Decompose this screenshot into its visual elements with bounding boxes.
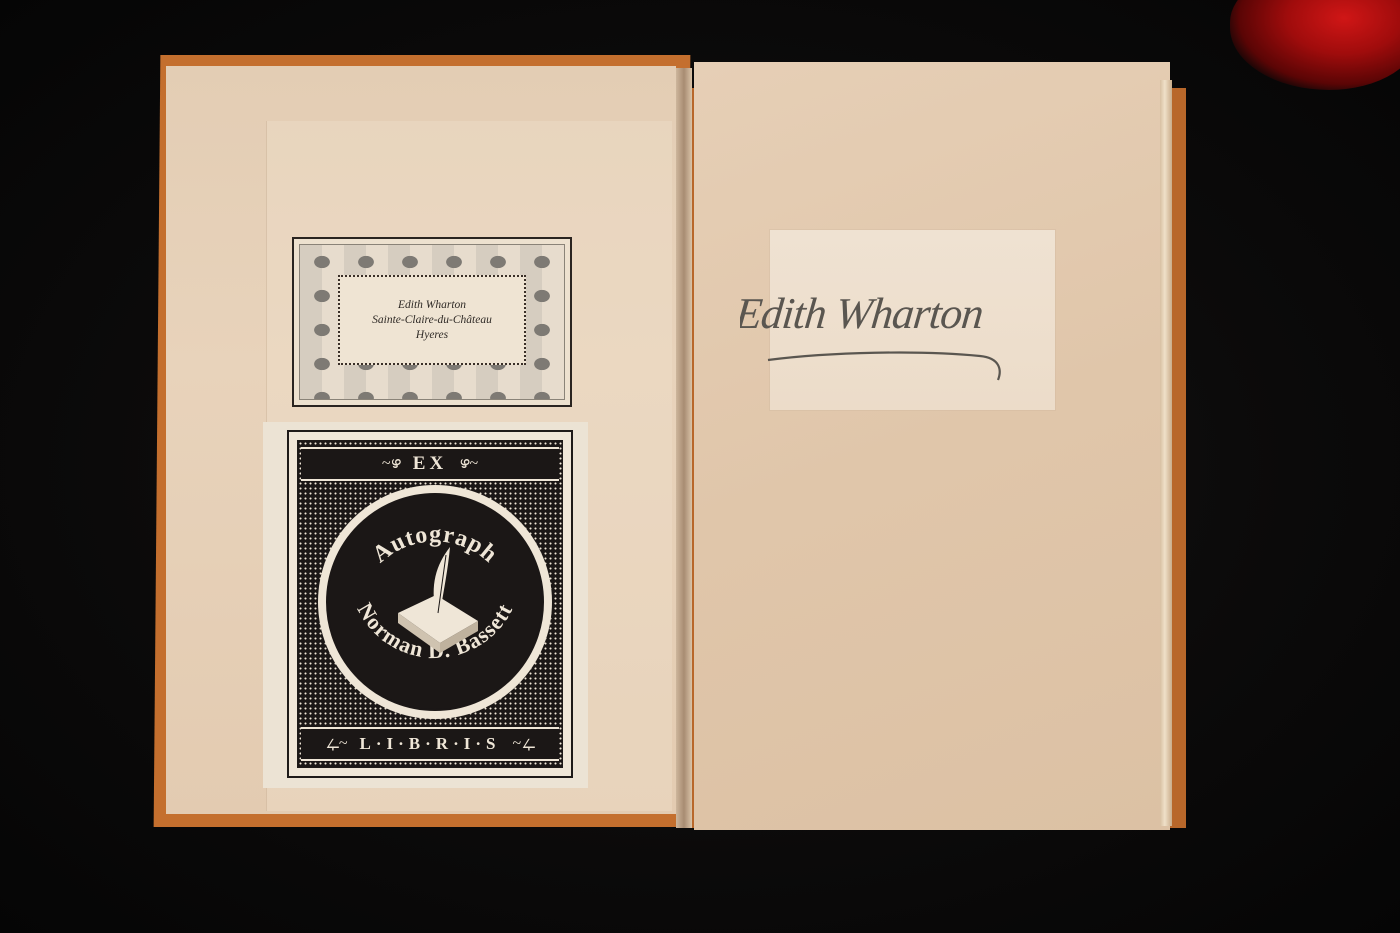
- edith-wharton-signature: Edith Wharton: [740, 270, 1040, 390]
- wharton-bookplate: Edith Wharton Sainte-Claire-du-Château H…: [292, 237, 572, 407]
- ex-libris-outer-frame: ~ഴ EX ഴ~ Autograph Norman D. Bassett: [287, 430, 573, 778]
- bookplate-owner-name: Edith Wharton: [398, 298, 466, 313]
- ex-label: EX: [413, 453, 447, 475]
- scroll-ornament-icon: ~ഴ: [382, 455, 401, 473]
- libris-banner: ഺ~ L·I·B·R·I·S ~ഺ: [301, 727, 559, 761]
- scroll-ornament-icon: ഺ~: [325, 735, 347, 753]
- svg-text:Edith Wharton: Edith Wharton: [740, 289, 985, 338]
- circular-medallion: Autograph Norman D. Bassett: [318, 485, 552, 719]
- medallion-art: Autograph Norman D. Bassett: [318, 485, 552, 719]
- wharton-bookplate-text: Edith Wharton Sainte-Claire-du-Château H…: [338, 275, 526, 365]
- right-page: [694, 62, 1170, 830]
- svg-text:Autograph: Autograph: [368, 521, 503, 568]
- ex-banner: ~ഴ EX ഴ~: [301, 447, 559, 481]
- book-gutter: [676, 68, 692, 828]
- red-flower-corner: [1230, 0, 1400, 90]
- ex-libris-bookplate: ~ഴ EX ഴ~ Autograph Norman D. Bassett: [263, 422, 588, 788]
- ex-libris-inner-frame: ~ഴ EX ഴ~ Autograph Norman D. Bassett: [297, 440, 563, 768]
- scroll-ornament-icon: ~ഺ: [513, 735, 535, 753]
- libris-label: L·I·B·R·I·S: [360, 734, 501, 754]
- bookplate-town: Hyeres: [416, 328, 448, 343]
- bookplate-estate: Sainte-Claire-du-Château: [372, 313, 492, 328]
- page-block-edge: [1160, 80, 1172, 826]
- scroll-ornament-icon: ഴ~: [459, 455, 478, 473]
- signature-underline-flourish: [768, 353, 1000, 380]
- signature-card: Edith Wharton: [770, 230, 1055, 410]
